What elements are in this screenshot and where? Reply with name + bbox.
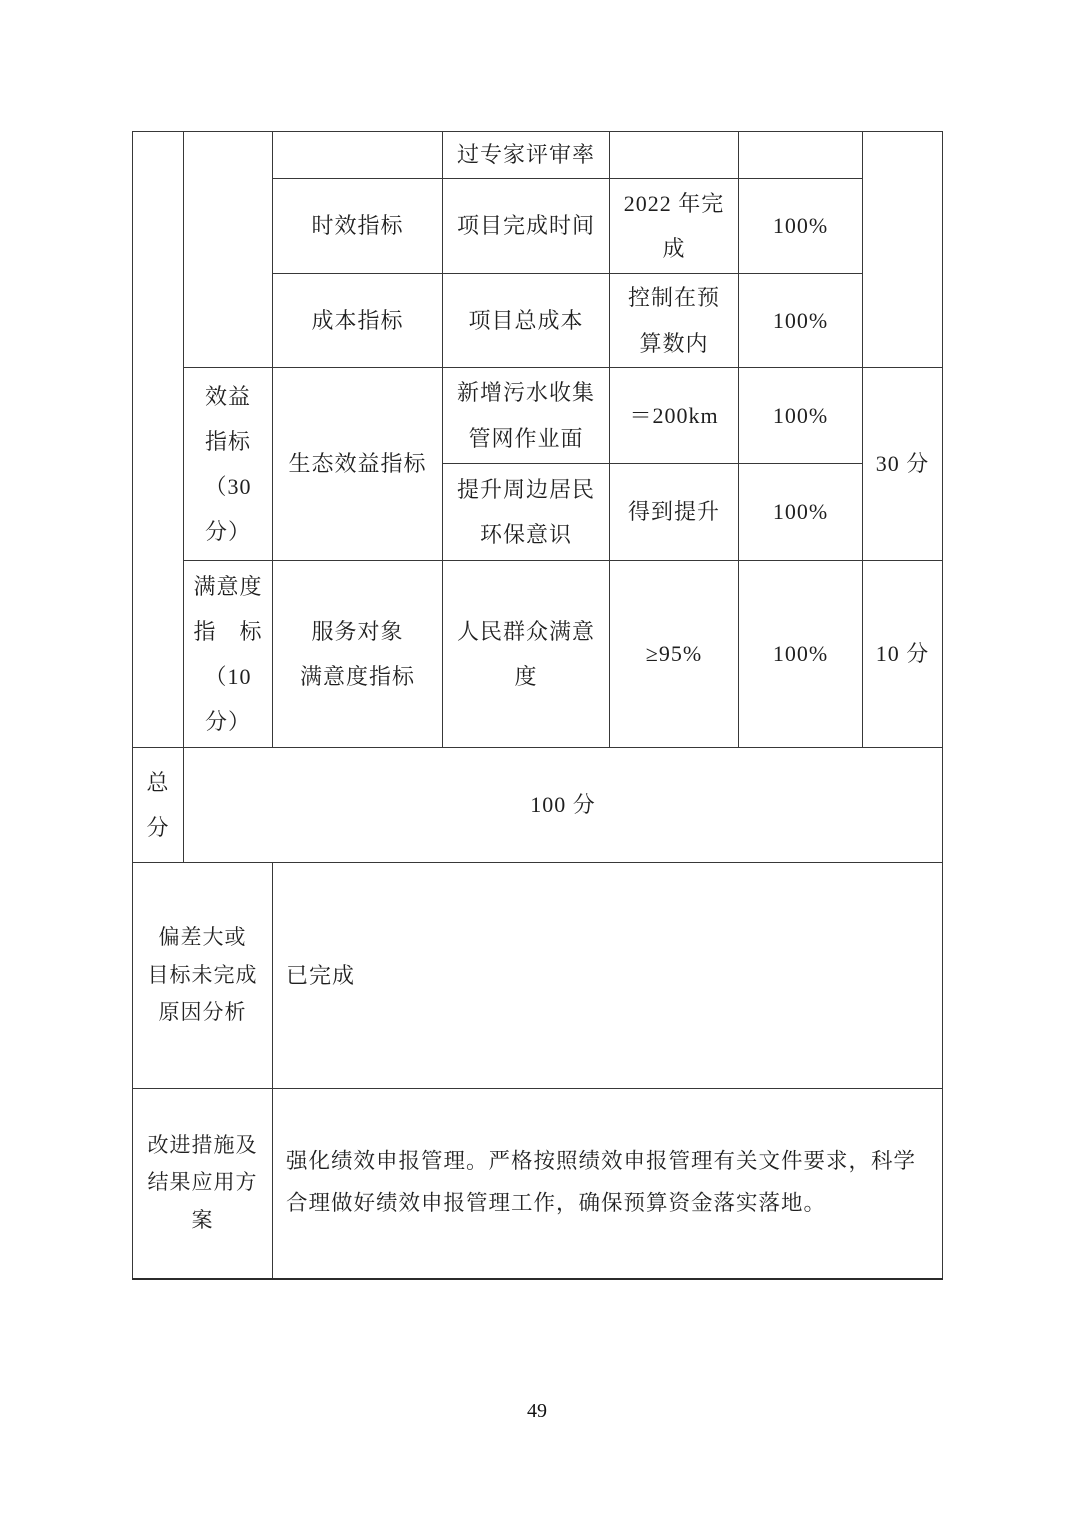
cell-indicator-completion-time: 项目完成时间 [443,179,610,274]
cell-indicator-total-cost: 项目总成本 [443,274,610,368]
cell-target-env-awareness: 得到提升 [610,464,739,561]
document-page: 过专家评审率 时效指标 项目完成时间 2022 年完 成 100% 成本指标 项… [0,0,1074,1520]
cell-category-timeliness: 时效指标 [273,179,443,274]
table-row-deviation: 偏差大或 目标未完成 原因分析 已完成 [133,863,943,1089]
cell-completion-satisfaction: 100% [739,561,863,748]
cell-indicator-expert-review: 过专家评审率 [443,132,610,179]
cell-score-benefit: 30 分 [863,368,943,561]
page-number: 49 [0,1400,1074,1423]
cell-level1-satisfaction: 满意度 指 标 （10 分） [184,561,273,748]
cell-total-score-value: 100 分 [184,748,943,863]
cell-target-total-cost: 控制在预 算数内 [610,274,739,368]
table-row-improvement: 改进措施及 结果应用方 案 强化绩效申报管理。严格按照绩效申报管理有关文件要求，… [133,1089,943,1279]
cell-completion-timeliness: 100% [739,179,863,274]
cell-indicator-sewage-network: 新增污水收集 管网作业面 [443,368,610,464]
cell-total-score-label: 总 分 [133,748,184,863]
cell-level2-eco-benefit: 生态效益指标 [273,368,443,561]
cell-improvement-content: 强化绩效申报管理。严格按照绩效申报管理有关文件要求，科学合理做好绩效申报管理工作… [273,1089,943,1279]
cell-completion-benefit-2: 100% [739,464,863,561]
cell-level1-benefit: 效益 指标 （30 分） [184,368,273,561]
table-row-carryover: 过专家评审率 [133,132,943,179]
cell-col1-carryover-empty [133,132,184,748]
cell-deviation-label: 偏差大或 目标未完成 原因分析 [133,863,273,1089]
table-row-satisfaction: 满意度 指 标 （10 分） 服务对象 满意度指标 人民群众满意 度 ≥95% … [133,561,943,748]
cell-indicator-env-awareness: 提升周边居民 环保意识 [443,464,610,561]
performance-evaluation-table: 过专家评审率 时效指标 项目完成时间 2022 年完 成 100% 成本指标 项… [132,131,943,1280]
cell-score-carryover-empty [863,132,943,368]
cell-completion-benefit-1: 100% [739,368,863,464]
cell-category-cost: 成本指标 [273,274,443,368]
table-row-benefit-1: 效益 指标 （30 分） 生态效益指标 新增污水收集 管网作业面 ＝200km … [133,368,943,464]
cell-target-sewage-network: ＝200km [610,368,739,464]
cell-level2-carryover-empty [273,132,443,179]
cell-target-completion-time: 2022 年完 成 [610,179,739,274]
cell-indicator-public-satisfaction: 人民群众满意 度 [443,561,610,748]
cell-completion-cost: 100% [739,274,863,368]
cell-score-satisfaction: 10 分 [863,561,943,748]
cell-improvement-label: 改进措施及 结果应用方 案 [133,1089,273,1279]
cell-completion-carryover-empty [739,132,863,179]
cell-target-satisfaction: ≥95% [610,561,739,748]
table-row-total-score: 总 分 100 分 [133,748,943,863]
cell-target-carryover-empty [610,132,739,179]
cell-level2-service-target: 服务对象 满意度指标 [273,561,443,748]
cell-deviation-content: 已完成 [273,863,943,1089]
cell-level1-carryover-empty [184,132,273,368]
